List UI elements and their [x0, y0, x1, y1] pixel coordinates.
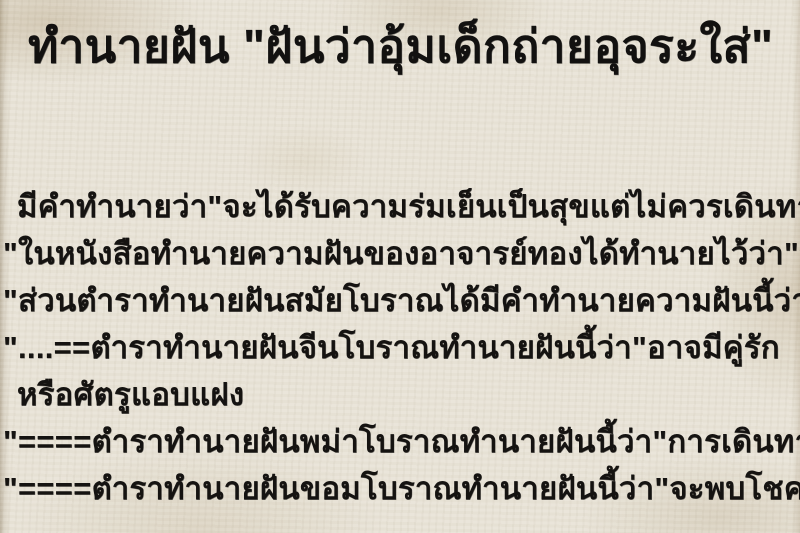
dream-interpretation-page: ทำนายฝัน "ฝันว่าอุ้มเด็กถ่ายอุจระใส่" มี…	[0, 0, 800, 533]
body-line-ancient-text: "ส่วนตำราทำนายฝันสมัยโบราณได้มีคำทำนายคว…	[0, 277, 800, 324]
body-line-khmer-text: "====ตำราทำนายฝันขอมโบราณทำนายฝันนี้ว่า"…	[0, 465, 800, 512]
interpretation-body: มีคำทำนายว่า"จะได้รับความร่มเย็นเป็นสุขแ…	[0, 183, 800, 512]
body-line-chinese-text-cont: หรือศัตรูแอบแฝง	[0, 371, 800, 418]
body-line-ajarn-thong: "ในหนังสือทำนายความฝันของอาจารย์ทองได้ทำ…	[0, 230, 800, 277]
body-line-general-prediction: มีคำทำนายว่า"จะได้รับความร่มเย็นเป็นสุขแ…	[0, 183, 800, 230]
body-line-burmese-text: "====ตำราทำนายฝันพม่าโบราณทำนายฝันนี้ว่า…	[0, 418, 800, 465]
body-line-chinese-text: "....==ตำราทำนายฝันจีนโบราณทำนายฝันนี้ว่…	[0, 324, 800, 371]
page-title: ทำนายฝัน "ฝันว่าอุ้มเด็กถ่ายอุจระใส่"	[28, 10, 773, 82]
